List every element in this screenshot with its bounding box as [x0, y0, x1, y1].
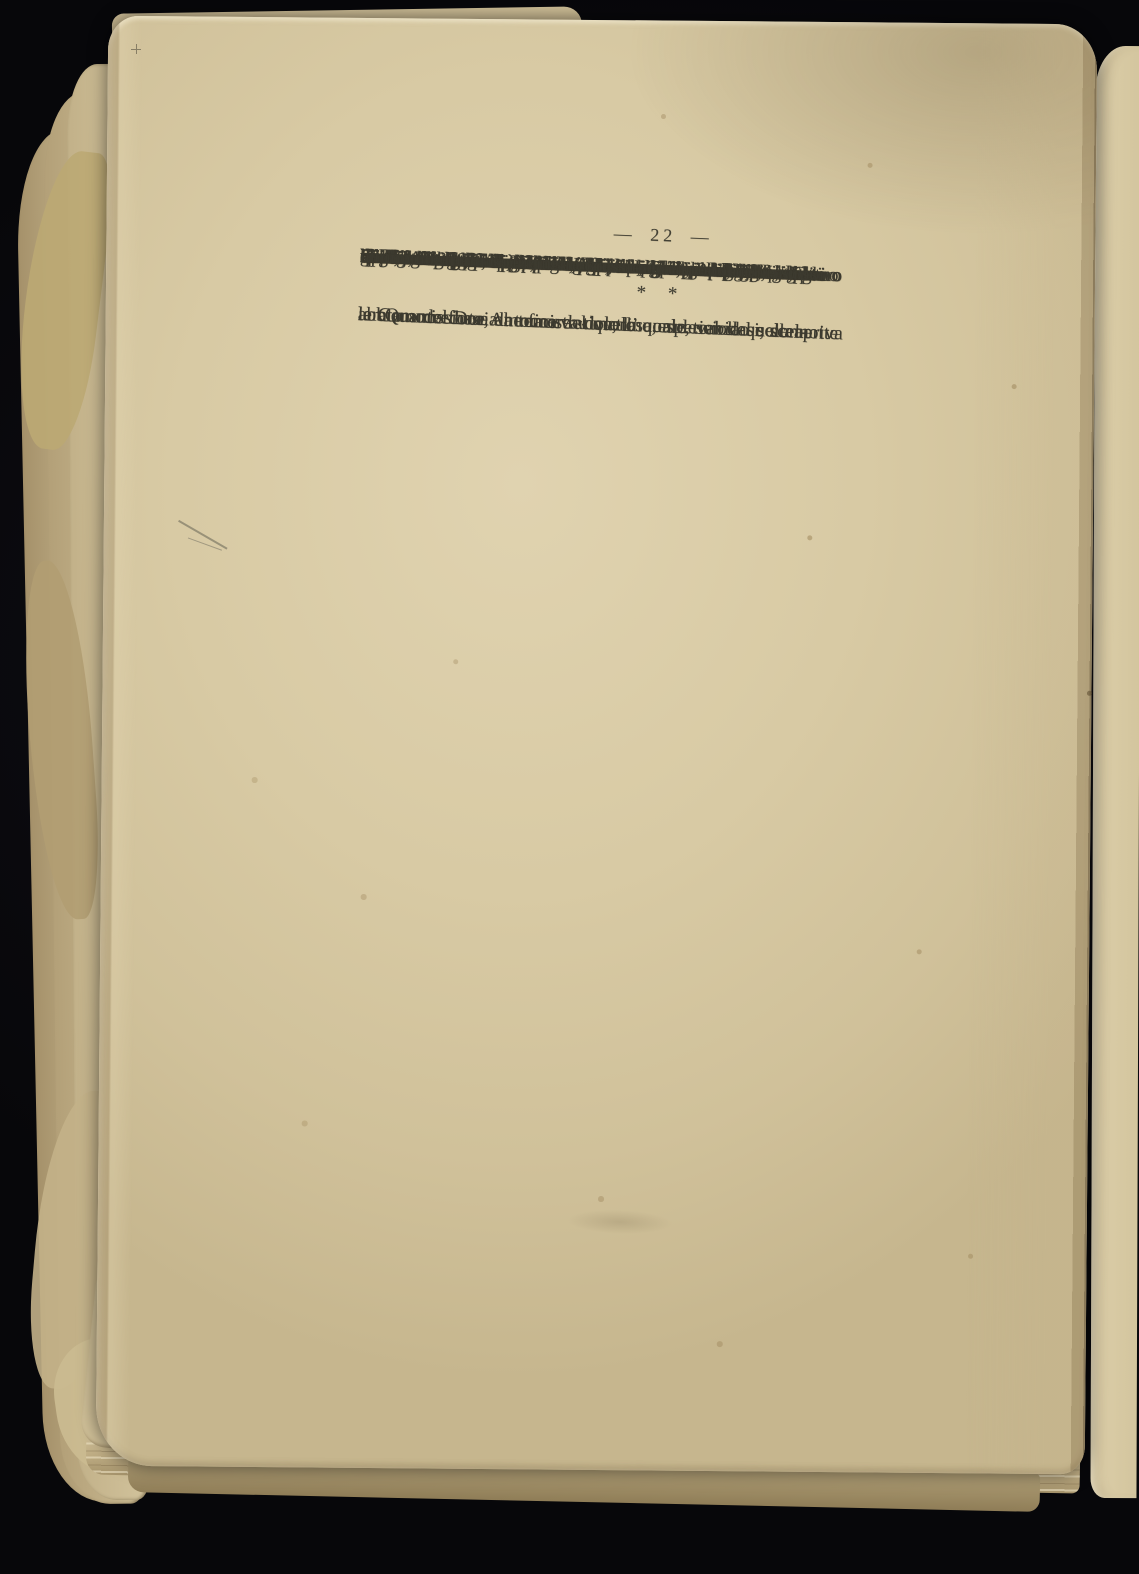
pencil-cross-mark: [131, 44, 141, 54]
ink-smudge: [544, 1202, 695, 1241]
age-spots: [108, 16, 110, 18]
book-photo: — 22 — sieno contenti della riunione del…: [0, 0, 1139, 1574]
facing-page-edge: [1090, 46, 1139, 1498]
